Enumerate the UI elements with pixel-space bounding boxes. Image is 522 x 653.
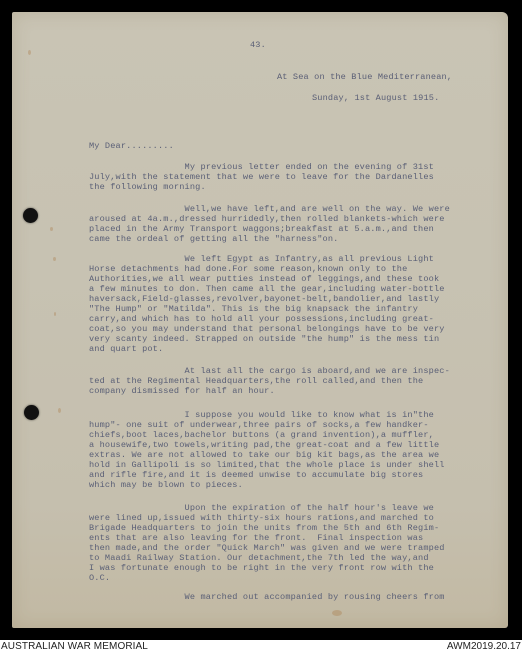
paragraph-cheers: We marched out accompanied by rousing ch… xyxy=(89,592,445,602)
date-line: Sunday, 1st August 1915. xyxy=(312,93,439,103)
paragraph-departure: Well,we have left,and are well on the wa… xyxy=(89,204,450,244)
paragraph-hump-contents: I suppose you would like to know what is… xyxy=(89,410,445,490)
caption-bar: AUSTRALIAN WAR MEMORIAL AWM2019.20.17 xyxy=(0,640,522,653)
paragraph-march: Upon the expiration of the half hour's l… xyxy=(89,503,445,583)
foxing-stain xyxy=(332,610,342,616)
document-viewer: 43. At Sea on the Blue Mediterranean, Su… xyxy=(0,0,522,640)
foxing-stain xyxy=(54,312,56,316)
institution-label: AUSTRALIAN WAR MEMORIAL xyxy=(1,640,148,653)
foxing-stain xyxy=(28,50,31,55)
address-line: At Sea on the Blue Mediterranean, xyxy=(277,72,452,82)
foxing-stain xyxy=(50,227,53,231)
paragraph-previous-letter: My previous letter ended on the evening … xyxy=(89,162,434,192)
salutation: My Dear......... xyxy=(89,141,174,151)
foxing-stain xyxy=(53,257,56,261)
punch-hole-top xyxy=(23,208,38,223)
page-number: 43. xyxy=(250,40,266,50)
paragraph-inspection: At last all the cargo is aboard,and we a… xyxy=(89,366,450,396)
foxing-stain xyxy=(58,408,61,413)
paragraph-gear: We left Egypt as Infantry,as all previou… xyxy=(89,254,445,354)
punch-hole-bottom xyxy=(24,405,39,420)
accession-number: AWM2019.20.17 xyxy=(447,640,521,653)
